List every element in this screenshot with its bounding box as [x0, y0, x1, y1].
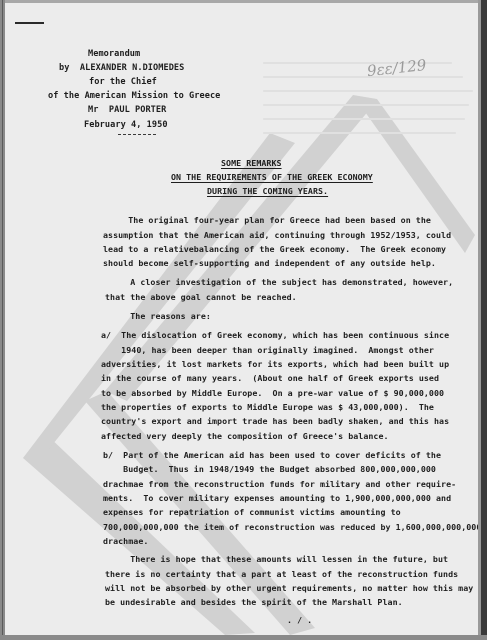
text-line: drachmae from the reconstruction funds f…	[103, 479, 456, 489]
mission-line: of the American Mission to Greece	[48, 91, 220, 101]
text-line: expenses for repatriation of communist v…	[103, 507, 401, 517]
text-line: There is hope that these amounts will le…	[105, 554, 448, 564]
text-line: Budget. Thus in 1948/1949 the Budget abs…	[103, 464, 436, 474]
for-line: for the Chief	[89, 77, 157, 87]
date-line: February 4, 1950	[84, 120, 168, 130]
reasons-intro: The reasons are:	[105, 311, 211, 321]
text-line: affected very deeply the composition of …	[101, 431, 389, 441]
text-line: in the course of many years. (About one …	[101, 373, 439, 383]
text-line: 700,000,000,000 the item of reconstructi…	[103, 522, 478, 532]
memo-label: Memorandum	[88, 49, 140, 59]
text-line: country's export and import trade has be…	[101, 416, 449, 426]
recipient-line: Mr PAUL PORTER	[88, 105, 166, 115]
text-line: assumption that the American aid, contin…	[103, 230, 451, 240]
document-page: Memorandum by ALEXANDER N.DIOMEDES for t…	[5, 3, 478, 635]
text-line: there is no certainty that a part at lea…	[105, 569, 458, 579]
text-line: be undesirable and besides the spirit of…	[105, 597, 403, 607]
text-line: will not be absorbed by other urgent req…	[105, 583, 473, 593]
title-line-2: ON THE REQUIREMENTS OF THE GREEK ECONOMY	[171, 172, 373, 182]
text-line: 1940, has been deeper than originally im…	[101, 345, 434, 355]
scan-left-edge	[0, 0, 5, 640]
title-line-1: SOME REMARKS	[221, 158, 282, 168]
text-line: A closer investigation of the subject ha…	[105, 277, 453, 287]
author-line: by ALEXANDER N.DIOMEDES	[59, 63, 184, 73]
top-dash-mark	[15, 22, 44, 24]
text-line: to be absorbed by Middle Europe. On a pr…	[101, 388, 444, 398]
text-line: should become self-supporting and indepe…	[103, 258, 436, 268]
text-line: adversities, it lost markets for its exp…	[101, 359, 449, 369]
text-line: that the above goal cannot be reached.	[105, 292, 297, 302]
scan-right-edge	[478, 0, 487, 640]
scan-bottom-edge	[0, 635, 487, 640]
text-line: a/ The dislocation of Greek economy, whi…	[101, 330, 449, 340]
text-line: drachmae.	[103, 536, 148, 546]
text-line: The original four-year plan for Greece h…	[103, 215, 431, 225]
date-underline	[118, 134, 156, 135]
text-line: b/ Part of the American aid has been use…	[103, 450, 441, 460]
text-line: ments. To cover military expenses amount…	[103, 493, 451, 503]
continuation-mark: . / .	[287, 615, 312, 625]
title-line-3: DURING THE COMING YEARS.	[207, 186, 328, 196]
text-line: the properties of exports to Middle Euro…	[101, 402, 434, 412]
text-line: lead to a relativebalancing of the Greek…	[103, 244, 446, 254]
